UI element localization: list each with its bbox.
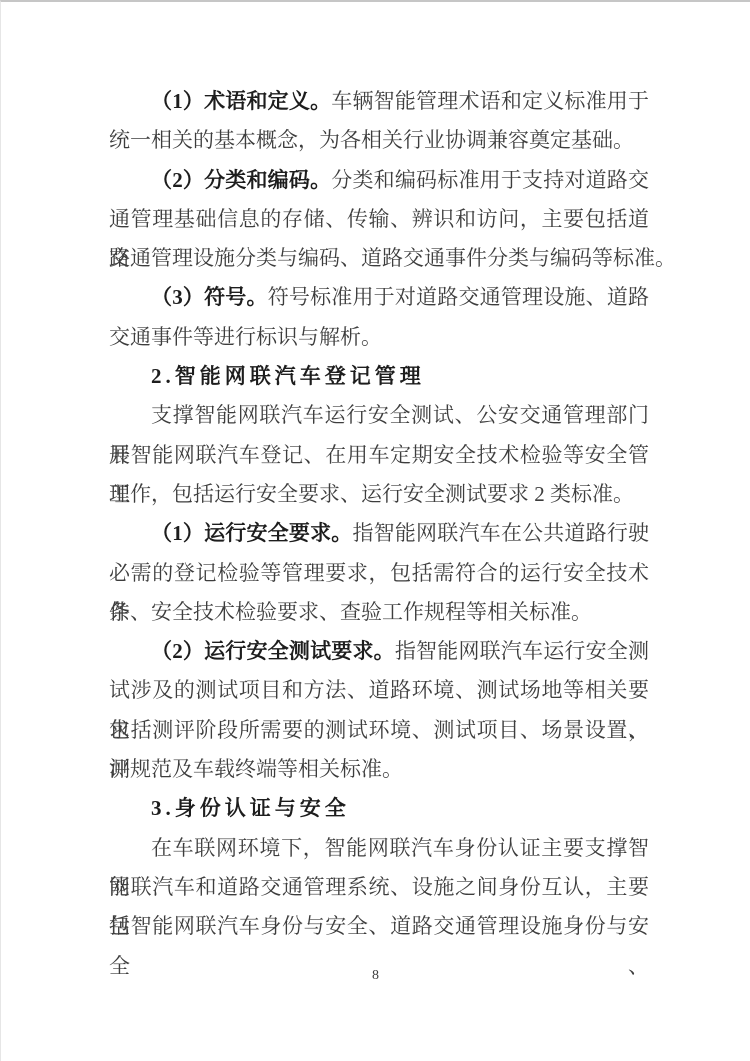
document-text-block: （1）术语和定义。车辆智能管理术语和定义标准用于 统一相关的基本概念，为各相关行…	[109, 82, 649, 947]
run-in-bold-label: （1）术语和定义。	[151, 89, 331, 113]
run-in-bold-label: （2）运行安全测试要求。	[151, 639, 395, 663]
paragraph-first-line: （2）分类和编码。分类和编码标准用于支持对道路交	[109, 161, 649, 200]
run-in-bold-label: （3）符号。	[151, 285, 268, 309]
paragraph-last-line: 工作，包括运行安全要求、运行安全测试要求 2 类标准。	[109, 475, 649, 514]
paragraph-first-line: （3）符号。符号标准用于对道路交通管理设施、道路	[109, 278, 649, 317]
body-text: 交通事件等进行标识与解析。	[109, 325, 382, 349]
run-in-bold-label: （2）分类和编码。	[151, 168, 331, 192]
body-text: 车辆智能管理术语和定义标准用于	[331, 89, 649, 113]
paragraph-line: 括智能网联汽车身份与安全、道路交通管理设施身份与安全、	[109, 907, 649, 946]
paragraph-first-line: 在车联网环境下，智能网联汽车身份认证主要支撑智能	[109, 829, 649, 868]
body-text: 统一相关的基本概念，为各相关行业协调兼容奠定基础。	[109, 128, 634, 152]
paragraph-line: 包括测评阶段所需要的测试环境、测试项目、场景设置、评	[109, 711, 649, 750]
document-page: （1）术语和定义。车辆智能管理术语和定义标准用于 统一相关的基本概念，为各相关行…	[0, 0, 750, 1061]
paragraph-last-line: 交通管理设施分类与编码、道路交通事件分类与编码等标准。	[109, 239, 649, 278]
body-text: 交通管理设施分类与编码、道路交通事件分类与编码等标准。	[109, 246, 676, 270]
paragraph-first-line: 支撑智能网联汽车运行安全测试、公安交通管理部门开	[109, 396, 649, 435]
body-text: 工作，包括运行安全要求、运行安全测试要求 2 类标准。	[109, 482, 634, 506]
section-heading: 2.智能网联汽车登记管理	[109, 357, 649, 396]
body-text: 测规范及车载终端等相关标准。	[109, 757, 403, 781]
paragraph-first-line: （1）运行安全要求。指智能网联汽车在公共道路行驶	[109, 514, 649, 553]
body-text: 分类和编码标准用于支持对道路交	[331, 168, 649, 192]
run-in-bold-label: （1）运行安全要求。	[151, 521, 352, 545]
body-text: 符号标准用于对道路交通管理设施、道路	[268, 285, 649, 309]
paragraph-line: 通管理基础信息的存储、传输、辨识和访问，主要包括道路	[109, 200, 649, 239]
body-text: 指智能网联汽车运行安全测	[395, 639, 649, 663]
body-text: 件、安全技术检验要求、查验工作规程等相关标准。	[109, 600, 592, 624]
paragraph-line: 展智能网联汽车登记、在用车定期安全技术检验等安全管理	[109, 436, 649, 475]
paragraph-first-line: （1）术语和定义。车辆智能管理术语和定义标准用于	[109, 82, 649, 121]
paragraph-last-line: 件、安全技术检验要求、查验工作规程等相关标准。	[109, 593, 649, 632]
paragraph-last-line: 测规范及车载终端等相关标准。	[109, 750, 649, 789]
paragraph-line: 必需的登记检验等管理要求，包括需符合的运行安全技术条	[109, 554, 649, 593]
paragraph-last-line: 统一相关的基本概念，为各相关行业协调兼容奠定基础。	[109, 121, 649, 160]
body-text: 指智能网联汽车在公共道路行驶	[352, 521, 649, 545]
section-heading: 3.身份认证与安全	[109, 789, 649, 828]
paragraph-first-line: （2）运行安全测试要求。指智能网联汽车运行安全测	[109, 632, 649, 671]
paragraph-last-line: 交通事件等进行标识与解析。	[109, 318, 649, 357]
paragraph-line: 试涉及的测试项目和方法、道路环境、测试场地等相关要求，	[109, 671, 649, 710]
page-number: 8	[1, 966, 750, 986]
paragraph-line: 网联汽车和道路交通管理系统、设施之间身份互认，主要包	[109, 868, 649, 907]
